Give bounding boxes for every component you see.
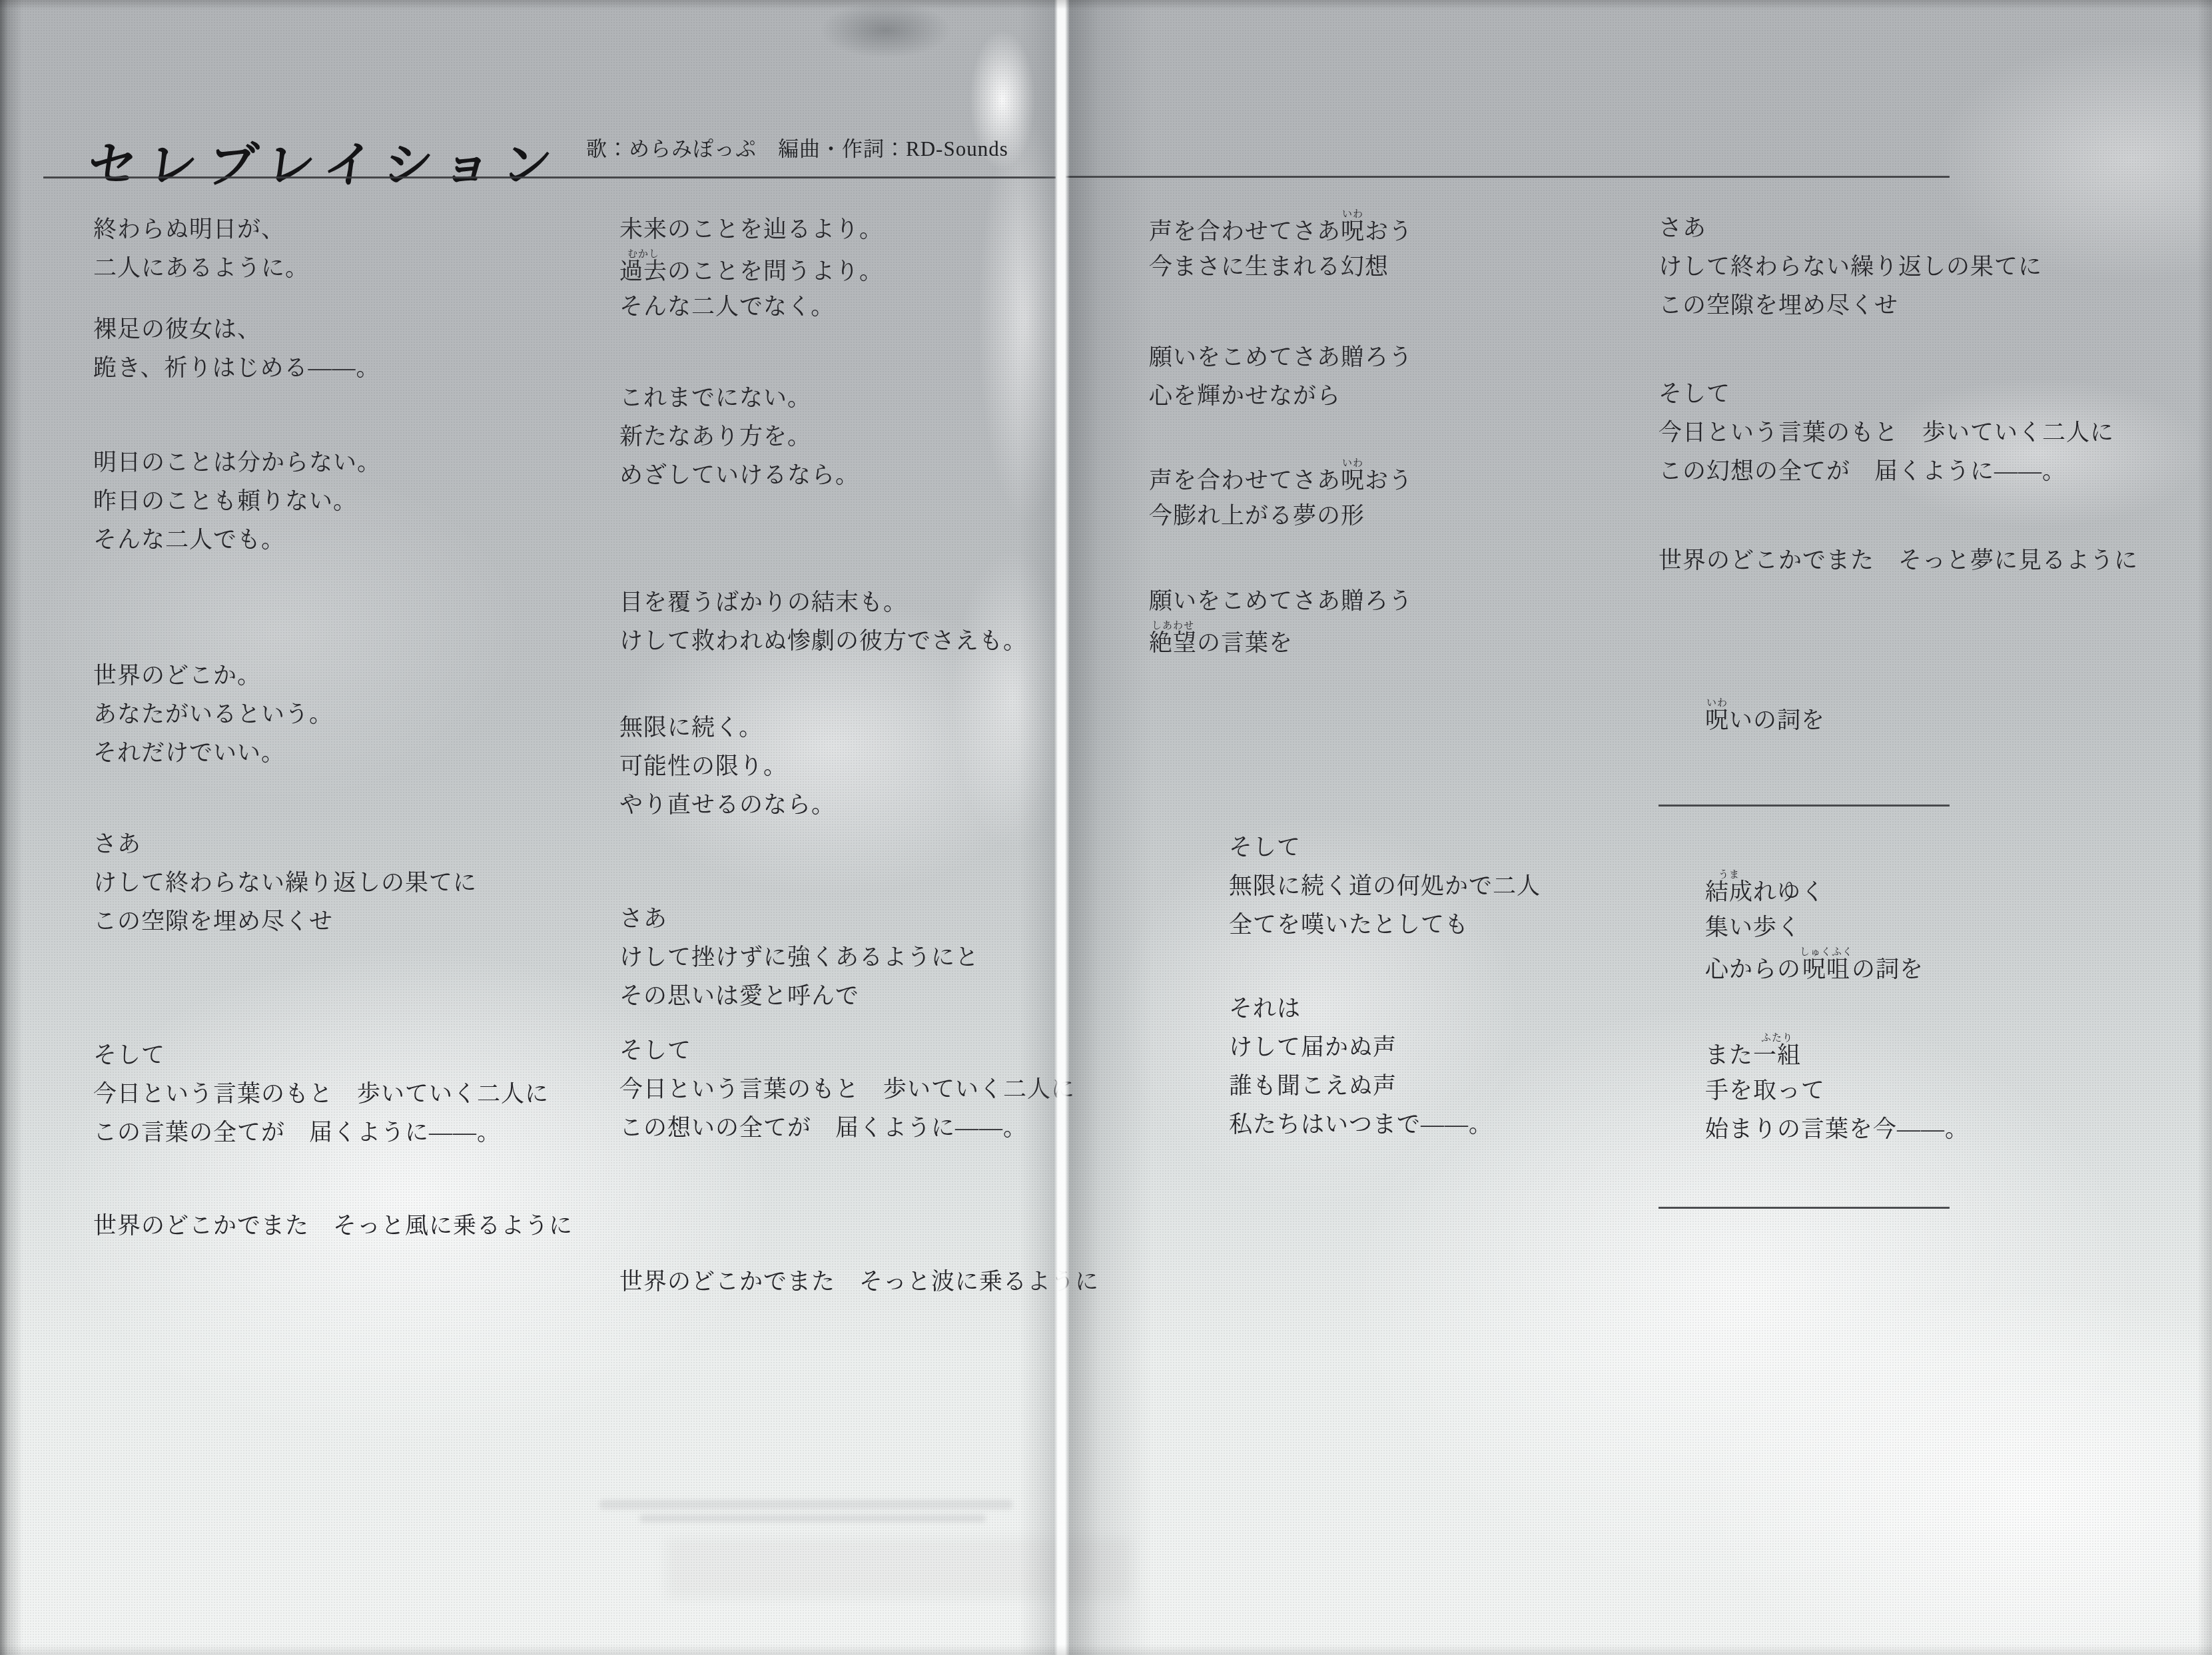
stanza: 無限に続く。可能性の限り。やり直せるのなら。 — [619, 709, 835, 825]
ruby-annotated-text: 呪咀しゅくふく — [1801, 956, 1852, 982]
lyric-line: 世界のどこか。 — [93, 657, 333, 695]
lyric-line: そして — [619, 1032, 1075, 1070]
lyric-line: 新たなあり方を。 — [619, 418, 859, 456]
stanza: 世界のどこかでまた そっと風に乗るように — [93, 1207, 573, 1245]
lyric-line: そして — [1659, 375, 2114, 414]
stanza: 願いをこめてさあ贈ろう絶望しあわせの言葉を — [1149, 582, 1413, 659]
stanza: 未来のことを辿るより。過去むかしのことを問うより。そんな二人でなく。 — [619, 210, 883, 326]
lyric-line: さあ — [619, 900, 979, 938]
stanza: そして今日という言葉のもと 歩いていく二人にこの想いの全てが 届くように——。 — [619, 1032, 1075, 1148]
lyric-line: この空隙を埋め尽くせ — [1659, 286, 2042, 325]
lyric-line: それだけでいい。 — [93, 734, 333, 773]
lyric-line: 絶望しあわせの言葉を — [1149, 621, 1413, 659]
lyric-line: 今日という言葉のもと 歩いていく二人に — [93, 1075, 549, 1114]
lyric-line: 今まさに生まれる幻想 — [1149, 248, 1413, 286]
lyric-line: 集い歩く — [1705, 908, 1924, 947]
lyric-line: 願いをこめてさあ贈ろう — [1149, 582, 1413, 621]
lyric-line: けして届かぬ声 — [1229, 1028, 1493, 1067]
lyric-line: 誰も聞こえぬ声 — [1229, 1067, 1493, 1106]
lyric-line: 声を合わせてさあ呪いわおう — [1149, 209, 1413, 248]
lyric-line: 無限に続く道の何処かで二人 — [1229, 867, 1541, 906]
stanza: そして今日という言葉のもと 歩いていく二人にこの言葉の全てが 届くように——。 — [93, 1036, 549, 1152]
lyric-line: けして終わらない繰り返しの果てに — [93, 864, 477, 902]
ruby-annotated-text: 絶望しあわせ — [1149, 630, 1197, 656]
stanza: 呪いわいの詞を — [1705, 698, 1825, 737]
ruby-annotated-text: 呪いわ — [1341, 218, 1365, 244]
lyric-line: 世界のどこかでまた そっと波に乗るように — [619, 1263, 1099, 1301]
lyric-line: 昨日のことも頼りない。 — [93, 482, 381, 521]
lyric-line: また一組ふたり — [1705, 1033, 1969, 1072]
lyric-line: 手を取って — [1705, 1072, 1969, 1110]
lyric-line: そんな二人でも。 — [93, 521, 381, 559]
lyric-line: この空隙を埋め尽くせ — [93, 902, 477, 941]
lyric-line: 過去むかしのことを問うより。 — [619, 249, 883, 288]
lyric-line: 二人にあるように。 — [93, 249, 309, 288]
lyric-line: やり直せるのなら。 — [619, 786, 835, 825]
stanza: また一組ふたり手を取って始まりの言葉を今——。 — [1705, 1033, 1969, 1149]
stanza: 結成うまれゆく集い歩く心からの呪咀しゅくふくの詞を — [1705, 870, 1924, 986]
stanza: さあけして終わらない繰り返しの果てにこの空隙を埋め尽くせ — [1659, 209, 2042, 325]
stanza: そして無限に続く道の何処かで二人全てを嘆いたとしても — [1229, 828, 1541, 944]
lyric-line: 世界のどこかでまた そっと風に乗るように — [93, 1207, 573, 1245]
stanza: 目を覆うばかりの結末も。けして救われぬ惨劇の彼方でさえも。 — [619, 583, 1027, 661]
lyric-line: 私たちはいつまで——。 — [1229, 1106, 1493, 1144]
lyric-line: さあ — [93, 825, 477, 864]
lyric-line: 今膨れ上がる夢の形 — [1149, 497, 1413, 535]
lyric-line: そして — [1229, 828, 1541, 867]
stanza: 裸足の彼女は、跪き、祈りはじめる——。 — [93, 310, 380, 388]
stanza: さあけして挫けずに強くあるようにとその思いは愛と呼んで — [619, 900, 979, 1016]
lyric-line: 呪いわいの詞を — [1705, 698, 1825, 737]
stanza: 世界のどこかでまた そっと波に乗るように — [619, 1263, 1099, 1301]
lyric-line: 願いをこめてさあ贈ろう — [1149, 338, 1413, 377]
lyric-line: けして終わらない繰り返しの果てに — [1659, 248, 2042, 286]
stanza: 世界のどこかでまた そっと夢に見るように — [1659, 541, 2138, 580]
lyric-line: 心からの呪咀しゅくふくの詞を — [1705, 947, 1924, 986]
lyric-line: さあ — [1659, 209, 2042, 248]
lyric-line: 終わらぬ明日が、 — [93, 210, 309, 249]
stanza: 願いをこめてさあ贈ろう心を輝かせながら — [1149, 338, 1413, 416]
lyric-line: 跪き、祈りはじめる——。 — [93, 349, 380, 388]
stanza: そして今日という言葉のもと 歩いていく二人にこの幻想の全てが 届くように——。 — [1659, 375, 2114, 491]
lyric-line: 明日のことは分からない。 — [93, 444, 381, 482]
lyric-line: 目を覆うばかりの結末も。 — [619, 583, 1027, 622]
ruby-annotated-text: 呪いわ — [1705, 707, 1729, 733]
lyric-line: この言葉の全てが 届くように——。 — [93, 1114, 549, 1152]
lyric-line: 今日という言葉のもと 歩いていく二人に — [619, 1070, 1075, 1109]
lyric-line: 可能性の限り。 — [619, 747, 835, 786]
lyric-line: 無限に続く。 — [619, 709, 835, 747]
lyric-line: 声を合わせてさあ呪いわおう — [1149, 458, 1413, 497]
lyric-line: そして — [93, 1036, 549, 1075]
lyric-line: 結成うまれゆく — [1705, 870, 1924, 908]
stanza: 声を合わせてさあ呪いわおう今まさに生まれる幻想 — [1149, 209, 1413, 286]
stanza: 世界のどこか。あなたがいるという。それだけでいい。 — [93, 657, 333, 773]
lyric-line: 心を輝かせながら — [1149, 377, 1413, 416]
ruby-annotated-text: 一組ふたり — [1753, 1042, 1801, 1068]
stanza: それはけして届かぬ声誰も聞こえぬ声私たちはいつまで——。 — [1229, 990, 1493, 1144]
lyric-line: そんな二人でなく。 — [619, 288, 883, 326]
lyric-line: この想いの全てが 届くように——。 — [619, 1109, 1075, 1148]
lyric-line: けして救われぬ惨劇の彼方でさえも。 — [619, 622, 1027, 661]
lyric-line: あなたがいるという。 — [93, 695, 333, 734]
lyric-line: 全てを嘆いたとしても — [1229, 906, 1541, 944]
ruby-annotated-text: 過去むかし — [619, 258, 667, 284]
lyric-line: めざしていけるなら。 — [619, 456, 859, 495]
lyric-line: これまでにない。 — [619, 379, 859, 418]
lyric-line: 今日という言葉のもと 歩いていく二人に — [1659, 414, 2114, 452]
lyric-line: 裸足の彼女は、 — [93, 310, 380, 349]
ruby-annotated-text: 結成うま — [1705, 879, 1753, 905]
lyric-line: それは — [1229, 990, 1493, 1028]
lyric-line: その思いは愛と呼んで — [619, 977, 979, 1016]
lyric-line: 未来のことを辿るより。 — [619, 210, 883, 249]
booklet-spread: セレブレイション 歌：めらみぽっぷ 編曲・作詞：RD-Sounds 終わらぬ明日… — [0, 0, 2212, 1655]
stanza: さあけして終わらない繰り返しの果てにこの空隙を埋め尽くせ — [93, 825, 477, 941]
ruby-annotated-text: 呪いわ — [1341, 468, 1365, 494]
lyric-line: 始まりの言葉を今——。 — [1705, 1110, 1969, 1149]
stanza: これまでにない。新たなあり方を。めざしていけるなら。 — [619, 379, 859, 495]
lyric-line: 世界のどこかでまた そっと夢に見るように — [1659, 541, 2138, 580]
lyric-line: この幻想の全てが 届くように——。 — [1659, 452, 2114, 491]
stanza: 明日のことは分からない。昨日のことも頼りない。そんな二人でも。 — [93, 444, 381, 559]
stanza: 声を合わせてさあ呪いわおう今膨れ上がる夢の形 — [1149, 458, 1413, 535]
lyric-line: けして挫けずに強くあるようにと — [619, 938, 979, 977]
stanza: 終わらぬ明日が、二人にあるように。 — [93, 210, 309, 288]
lyrics-columns: 終わらぬ明日が、二人にあるように。裸足の彼女は、跪き、祈りはじめる——。明日のこ… — [0, 0, 2212, 1655]
